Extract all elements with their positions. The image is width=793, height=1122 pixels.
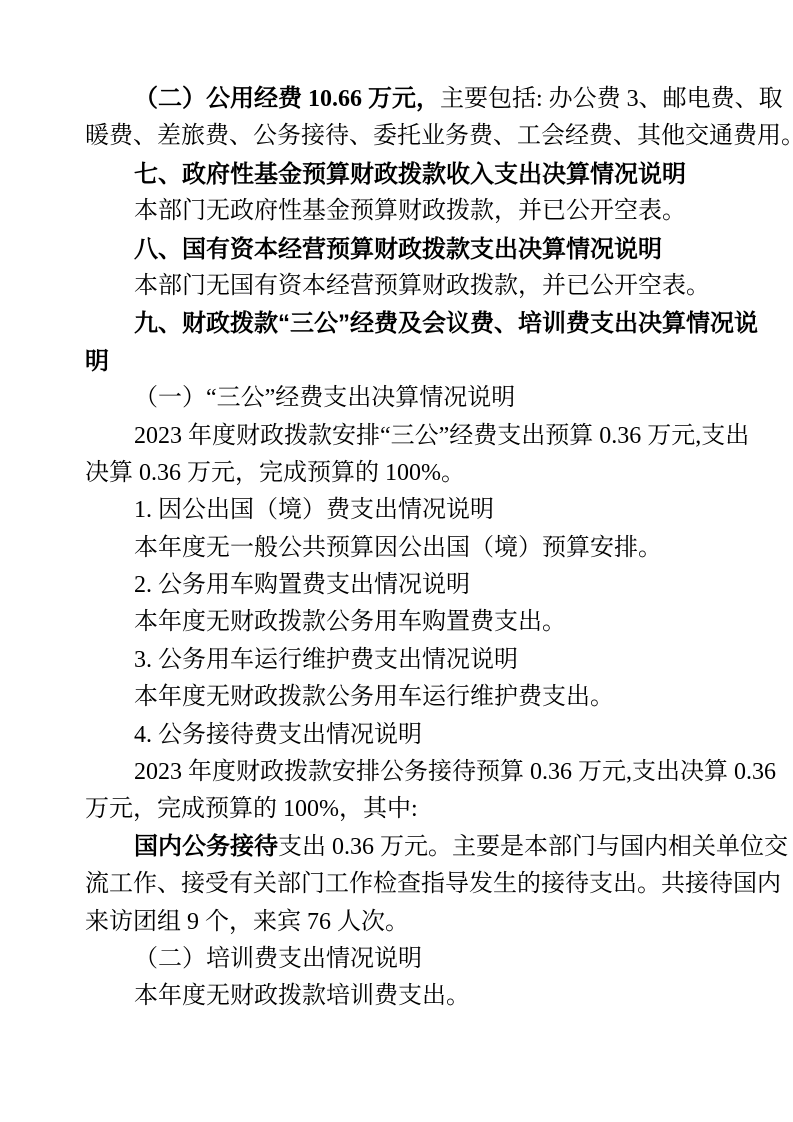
bold-text-segment: 七、政府性基金预算财政拨款收入支出决算情况说明 (134, 161, 686, 188)
text-segment: 本年度无财政拨款培训费支出。 (134, 983, 470, 1009)
text-line: 3. 公务用车运行维护费支出情况说明 (85, 642, 717, 679)
text-line: 本年度无财政拨款公务用车购置费支出。 (85, 604, 717, 641)
text-line: 八、国有资本经营预算财政拨款支出决算情况说明 (85, 231, 717, 268)
text-line: 本部门无国有资本经营预算财政拨款，并已公开空表。 (85, 268, 717, 305)
text-segment: 本部门无政府性基金预算财政拨款，并已公开空表。 (134, 198, 686, 224)
document-content: （二）公用经费 10.66 万元，主要包括: 办公费 3、邮电费、取暖费、差旅费… (85, 81, 717, 1016)
text-segment: 本部门无国有资本经营预算财政拨款，并已公开空表。 (134, 273, 710, 299)
text-segment: 万元，完成预算的 100%，其中: (85, 796, 418, 822)
text-line: 流工作、接受有关部门工作检查指导发生的接待支出。共接待国内 (85, 866, 717, 903)
text-segment: 3. 公务用车运行维护费支出情况说明 (134, 647, 518, 673)
text-line: 本年度无财政拨款公务用车运行维护费支出。 (85, 679, 717, 716)
text-segment: 暖费、差旅费、公务接待、委托业务费、工会经费、其他交通费用。 (85, 123, 793, 149)
text-line: 国内公务接待支出 0.36 万元。主要是本部门与国内相关单位交 (85, 829, 717, 866)
bold-text-segment: （二）公用经费 10.66 万元， (134, 86, 440, 112)
bold-text-segment: 明 (85, 348, 109, 375)
text-segment: 本年度无一般公共预算因公出国（境）预算安排。 (134, 535, 662, 561)
text-segment: 本年度无财政拨款公务用车运行维护费支出。 (134, 684, 614, 710)
text-line: 暖费、差旅费、公务接待、委托业务费、工会经费、其他交通费用。 (85, 118, 717, 155)
bold-text-segment: 九、财政拨款“三公”经费及会议费、培训费支出决算情况说 (134, 310, 758, 337)
text-line: 2023 年度财政拨款安排“三公”经费支出预算 0.36 万元,支出 (85, 418, 717, 455)
text-line: （一）“三公”经费支出决算情况说明 (85, 380, 717, 417)
text-segment: （二）培训费支出情况说明 (134, 946, 422, 972)
text-line: 本年度无一般公共预算因公出国（境）预算安排。 (85, 530, 717, 567)
text-segment: 流工作、接受有关部门工作检查指导发生的接待支出。共接待国内 (85, 871, 781, 897)
document-page: （二）公用经费 10.66 万元，主要包括: 办公费 3、邮电费、取暖费、差旅费… (0, 0, 793, 1122)
text-segment: 2023 年度财政拨款安排公务接待预算 0.36 万元,支出决算 0.36 (134, 759, 776, 785)
text-line: 七、政府性基金预算财政拨款收入支出决算情况说明 (85, 156, 717, 193)
text-line: 决算 0.36 万元，完成预算的 100%。 (85, 455, 717, 492)
text-segment: 4. 公务接待费支出情况说明 (134, 722, 422, 748)
text-line: 明 (85, 343, 717, 380)
text-line: 1. 因公出国（境）费支出情况说明 (85, 492, 717, 529)
text-line: 九、财政拨款“三公”经费及会议费、培训费支出决算情况说 (85, 305, 717, 342)
bold-text-segment: 国内公务接待 (134, 834, 278, 860)
text-segment: 支出 0.36 万元。主要是本部门与国内相关单位交 (278, 834, 788, 860)
text-line: 2. 公务用车购置费支出情况说明 (85, 567, 717, 604)
text-line: （二）公用经费 10.66 万元，主要包括: 办公费 3、邮电费、取 (85, 81, 717, 118)
text-segment: 来访团组 9 个，来宾 76 人次。 (85, 909, 409, 935)
text-segment: 2023 年度财政拨款安排“三公”经费支出预算 0.36 万元,支出 (134, 423, 749, 449)
text-segment: 主要包括: 办公费 3、邮电费、取 (440, 86, 783, 112)
text-segment: 1. 因公出国（境）费支出情况说明 (134, 497, 494, 523)
text-segment: 决算 0.36 万元，完成预算的 100%。 (85, 460, 465, 486)
text-line: 本部门无政府性基金预算财政拨款，并已公开空表。 (85, 193, 717, 230)
text-segment: （一）“三公”经费支出决算情况说明 (134, 385, 515, 411)
text-line: 来访团组 9 个，来宾 76 人次。 (85, 904, 717, 941)
text-line: 万元，完成预算的 100%，其中: (85, 791, 717, 828)
text-line: 本年度无财政拨款培训费支出。 (85, 978, 717, 1015)
text-line: 4. 公务接待费支出情况说明 (85, 717, 717, 754)
text-segment: 2. 公务用车购置费支出情况说明 (134, 572, 470, 598)
text-line: （二）培训费支出情况说明 (85, 941, 717, 978)
bold-text-segment: 八、国有资本经营预算财政拨款支出决算情况说明 (134, 236, 662, 263)
text-segment: 本年度无财政拨款公务用车购置费支出。 (134, 609, 566, 635)
text-line: 2023 年度财政拨款安排公务接待预算 0.36 万元,支出决算 0.36 (85, 754, 717, 791)
